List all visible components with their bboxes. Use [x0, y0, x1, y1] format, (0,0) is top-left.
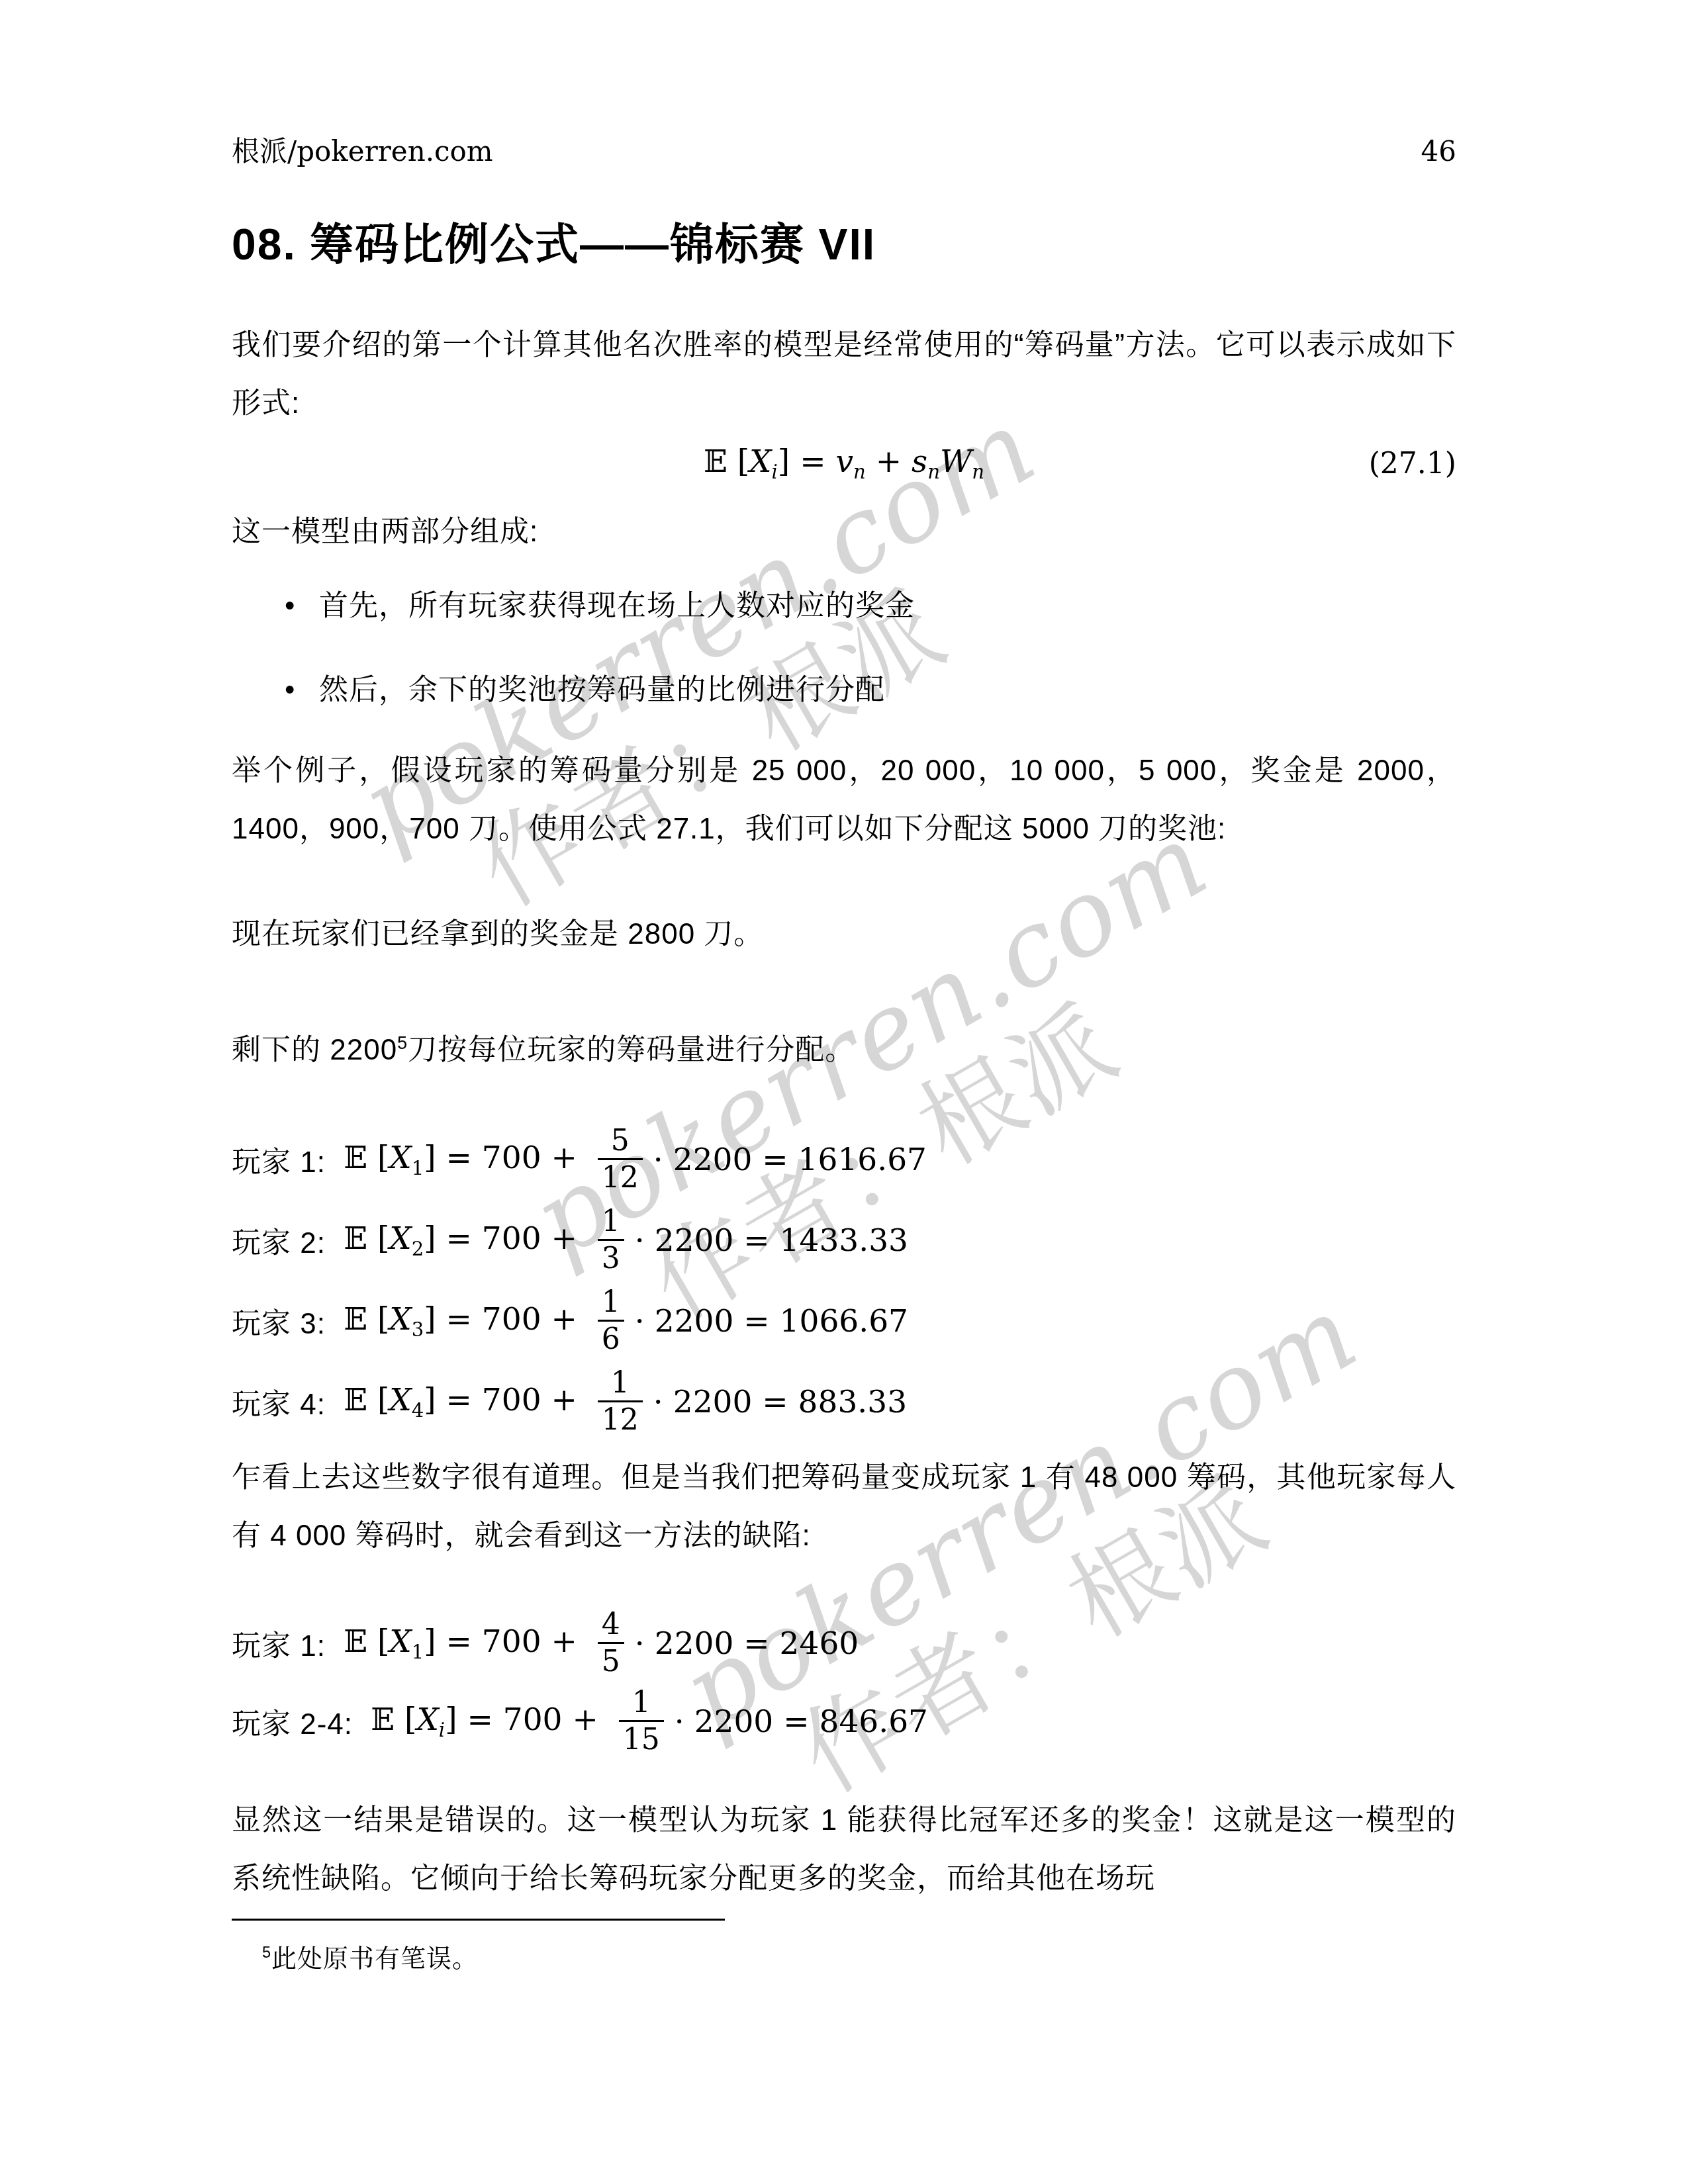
expected-value-expression: 𝔼 [X4] = 700 + [344, 1382, 587, 1422]
paragraph-model-lead: 这一模型由两部分组成: [232, 503, 1456, 561]
bullet-item-2: •然后，余下的奖池按筹码量的比例进行分配 [285, 670, 1456, 710]
fraction: 45 [598, 1608, 624, 1678]
remaining-pre: 剩下的 2200 [232, 1034, 397, 1066]
equation-block-first-example: 玩家 1: 𝔼 [X1] = 700 + 512 · 2200 = 1616.6… [232, 1119, 927, 1442]
equals-sign: = [800, 443, 835, 480]
expected-value-expression: 𝔼 [Xi] = 700 + [371, 1702, 608, 1741]
equation-block-second-example: 玩家 1: 𝔼 [X1] = 700 + 45 · 2200 = 2460 玩家… [232, 1604, 928, 1760]
blackboard-E: 𝔼 [704, 443, 727, 480]
equation-result: · 2200 = 1433.33 [635, 1222, 908, 1259]
fraction: 115 [619, 1686, 664, 1756]
var-s: s [912, 443, 927, 480]
footnote-marker: 5 [397, 1032, 408, 1053]
player-label: 玩家 1: [232, 1138, 334, 1181]
equation-result: · 2200 = 846.67 [675, 1704, 928, 1740]
player-label: 玩家 2: [232, 1219, 334, 1261]
bullet-text: 然后，余下的奖池按筹码量的比例进行分配 [319, 674, 885, 706]
formula-expression: 𝔼 [Xi] = vn + snWn [704, 443, 984, 483]
paragraph-conclusion: 显然这一结果是错误的。这一模型认为玩家 1 能获得比冠军还多的奖金！这就是这一模… [232, 1792, 1456, 1908]
player-label: 玩家 3: [232, 1300, 334, 1342]
expected-value-expression: 𝔼 [X1] = 700 + [344, 1140, 587, 1179]
equation-result: · 2200 = 1066.67 [635, 1303, 908, 1340]
fraction: 112 [598, 1367, 643, 1437]
header-site-label: 根派/pokerren.com [232, 130, 493, 169]
expected-value-expression: 𝔼 [X3] = 700 + [344, 1301, 587, 1341]
open-bracket: [ [727, 443, 749, 480]
fraction: 13 [598, 1205, 624, 1275]
equation-row-player-1-big-stack: 玩家 1: 𝔼 [X1] = 700 + 45 · 2200 = 2460 [232, 1604, 928, 1682]
paragraph-critique: 乍看上去这些数字很有道理。但是当我们把筹码量变成玩家 1 有 48 000 筹码… [232, 1449, 1456, 1565]
page-number: 46 [1421, 135, 1456, 167]
footnote-divider [232, 1919, 725, 1921]
formula-27-1: 𝔼 [Xi] = vn + snWn (27.1) [232, 432, 1456, 495]
sub-n: n [972, 461, 984, 483]
equation-result: · 2200 = 1616.67 [653, 1142, 927, 1178]
var-W: W [940, 443, 972, 480]
sub-i: i [772, 461, 778, 483]
paragraph-intro: 我们要介绍的第一个计算其他名次胜率的模型是经常使用的“筹码量”方法。它可以表示成… [232, 316, 1456, 433]
footnote: 5此处原书有笔误。 [232, 1933, 1456, 1979]
equation-row-player-3: 玩家 3: 𝔼 [X3] = 700 + 16 · 2200 = 1066.67 [232, 1281, 927, 1361]
paragraph-paid-out: 现在玩家们已经拿到的奖金是 2800 刀。 [232, 905, 1456, 964]
bullet-icon: • [285, 586, 319, 626]
equation-result: · 2200 = 883.33 [653, 1384, 907, 1420]
document-page: pokerren.com 作者：根派 pokerren.com 作者：根派 po… [0, 0, 1688, 2184]
player-label: 玩家 2-4: [232, 1700, 361, 1743]
player-label: 玩家 4: [232, 1381, 334, 1423]
paragraph-example: 举个例子，假设玩家的筹码量分别是 25 000，20 000，10 000，5 … [232, 742, 1456, 858]
close-bracket: ] [778, 443, 800, 480]
var-v: v [835, 443, 853, 480]
bullet-text: 首先，所有玩家获得现在场上人数对应的奖金 [319, 590, 915, 622]
paragraph-remaining: 剩下的 22005刀按每位玩家的筹码量进行分配。 [232, 1014, 1456, 1079]
equation-row-player-1: 玩家 1: 𝔼 [X1] = 700 + 512 · 2200 = 1616.6… [232, 1119, 927, 1200]
page-header: 根派/pokerren.com 46 [232, 130, 1456, 169]
footnote-text: 此处原书有笔误。 [271, 1945, 478, 1973]
equation-row-player-2: 玩家 2: 𝔼 [X2] = 700 + 13 · 2200 = 1433.33 [232, 1200, 927, 1281]
bullet-icon: • [285, 670, 319, 710]
var-X: X [749, 443, 771, 480]
expected-value-expression: 𝔼 [X1] = 700 + [344, 1623, 587, 1663]
remaining-post: 刀按每位玩家的筹码量进行分配。 [408, 1034, 855, 1066]
footnote-number: 5 [262, 1944, 271, 1961]
section-title: 08. 筹码比例公式——锦标赛 VII [232, 209, 1456, 272]
bullet-item-1: •首先，所有玩家获得现在场上人数对应的奖金 [285, 586, 1456, 626]
equation-tag: (27.1) [1369, 432, 1456, 495]
fraction: 16 [598, 1286, 624, 1356]
equation-result: · 2200 = 2460 [635, 1625, 859, 1662]
player-label: 玩家 1: [232, 1622, 334, 1664]
plus-sign: + [866, 443, 912, 480]
sub-n: n [927, 461, 940, 483]
fraction: 512 [598, 1124, 643, 1195]
expected-value-expression: 𝔼 [X2] = 700 + [344, 1220, 587, 1260]
sub-n: n [853, 461, 866, 483]
equation-row-players-2-4: 玩家 2-4: 𝔼 [Xi] = 700 + 115 · 2200 = 846.… [232, 1682, 928, 1760]
equation-row-player-4: 玩家 4: 𝔼 [X4] = 700 + 112 · 2200 = 883.33 [232, 1361, 927, 1442]
